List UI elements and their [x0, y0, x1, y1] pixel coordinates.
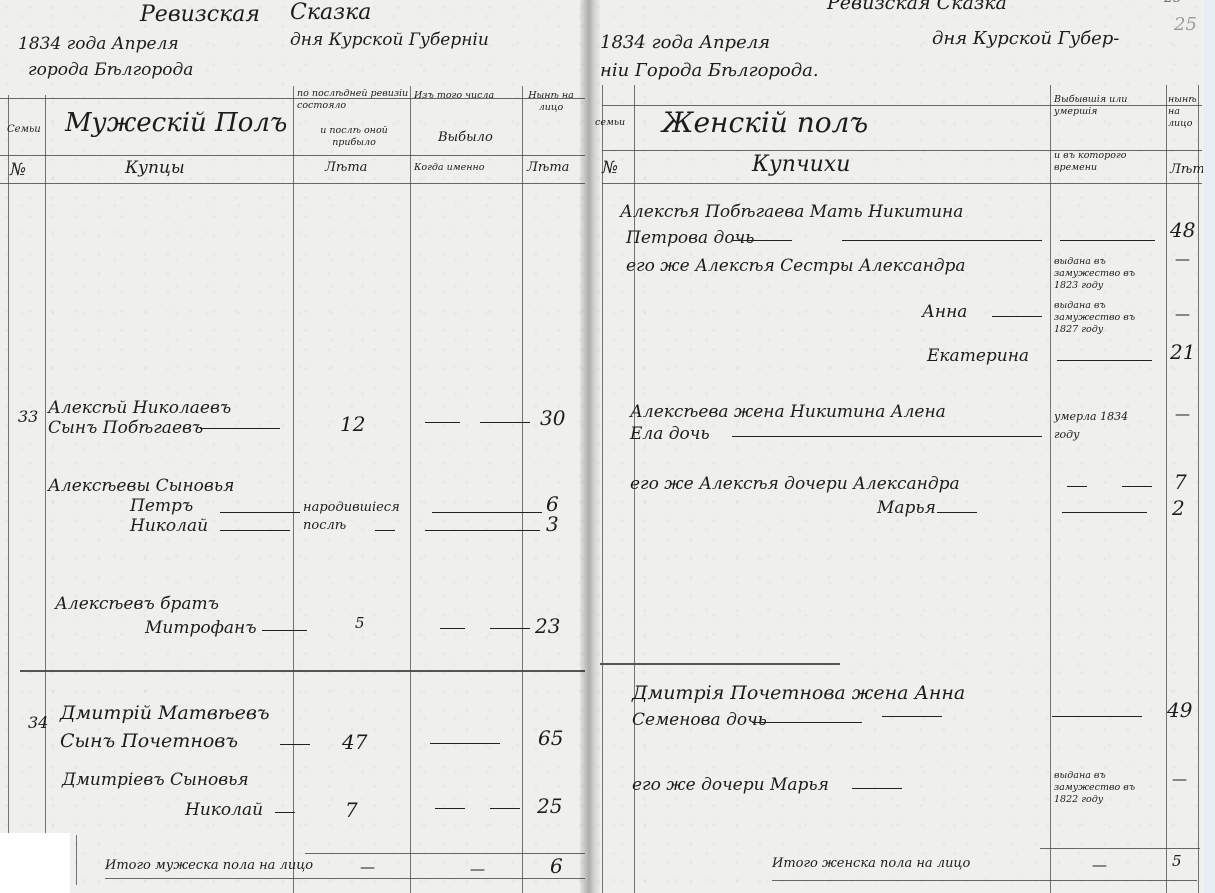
column-divider: [1166, 85, 1167, 893]
entry-name: Петрова дочь: [626, 228, 754, 248]
header-gubernia: дня Курской Губерніи: [290, 30, 489, 50]
totals-left: —: [1092, 856, 1107, 874]
now-age: 7: [1174, 470, 1187, 494]
entry-name: Алексѣевъ братъ: [55, 594, 219, 614]
col-header-prev-revision: по послѣдней ревизіи состояло: [297, 88, 409, 112]
entry-name: Митрофанъ: [145, 618, 257, 638]
totals-label: Итого женска пола на лицо: [772, 856, 970, 871]
col-sub-merchants-f: Купчихи: [752, 152, 850, 177]
entry-name: Дмитріевъ Сыновья: [62, 770, 249, 790]
now-age: 30: [540, 406, 565, 430]
left-page: Ревизская Сказка 1834 года Апреля дня Ку…: [0, 0, 592, 893]
totals-rule: [105, 878, 585, 879]
totals-now: 5: [1172, 852, 1182, 870]
header-date: 1834 года Апреля: [18, 34, 179, 54]
now-age: 65: [538, 726, 563, 750]
entry-name: Дмитрія Почетнова жена Анна: [632, 682, 965, 704]
now-age: —: [1175, 405, 1190, 423]
column-divider: [8, 95, 9, 835]
family-number: 34: [28, 713, 48, 732]
left-note: выдана въ замужество въ 1823 году: [1054, 256, 1154, 292]
now-age: 2: [1172, 496, 1185, 520]
totals-rule: [305, 853, 585, 854]
now-age: 23: [535, 614, 560, 638]
col-sub-merchants: Купцы: [125, 158, 185, 178]
header-title-a: Ревизская: [140, 2, 260, 27]
totals-left: —: [470, 860, 485, 878]
now-age: —: [1172, 770, 1187, 788]
entry-name: Алексѣевы Сыновья: [48, 476, 234, 496]
column-divider: [602, 85, 603, 893]
entry-name: Анна: [922, 302, 967, 322]
prev-age: 7: [345, 798, 358, 822]
now-age: 49: [1167, 698, 1192, 722]
header-rule: [602, 183, 1202, 184]
totals-rule: [1040, 848, 1200, 849]
now-age: 48: [1170, 218, 1195, 242]
header-title-b: Сказка: [290, 0, 371, 25]
entry-name: Алексѣева жена Никитина Алена: [630, 402, 946, 422]
left-note: выдана въ замужество въ 1822 году: [1054, 770, 1149, 806]
entry-name: Дмитрій Матвѣевъ: [60, 702, 270, 724]
entry-name: Сынъ Побѣгаевъ: [48, 418, 203, 438]
entry-name: Ела дочь: [630, 424, 710, 444]
column-divider: [1050, 85, 1051, 893]
page-number-faint: 25: [1174, 14, 1197, 35]
book-binding: [580, 0, 600, 893]
child-born-after: послѣ: [303, 518, 346, 533]
col-header-prev-revision-b: и послѣ оной прибыло: [300, 125, 408, 149]
child-name: Николай: [130, 516, 208, 536]
page-edge: [1203, 0, 1215, 893]
page-number: 25: [1164, 0, 1182, 6]
col-sub-family-no: №: [602, 158, 618, 178]
entry-name: Екатерина: [927, 346, 1029, 366]
col-header-left: Выбывшія или умершія: [1054, 94, 1164, 118]
col-header-male: Мужескій Полъ: [65, 108, 287, 138]
column-divider: [410, 86, 411, 893]
now-age: —: [1175, 250, 1190, 268]
now-age: 25: [537, 794, 562, 818]
now-age: 21: [1170, 340, 1195, 364]
col-sub-family-no: №: [10, 160, 26, 180]
col-header-now: нынѣ на лицо: [1168, 94, 1198, 130]
col-sub-years: Лѣта: [325, 160, 367, 175]
col-header-family: Семьи: [7, 124, 41, 135]
prev-age: 5: [355, 614, 365, 632]
col-sub-years: Лѣта: [527, 160, 569, 175]
col-header-female: Женскій полъ: [662, 106, 868, 139]
entry-name: Алексѣя Побѣгаева Мать Никитина: [620, 202, 963, 222]
child-name: Петръ: [130, 496, 193, 516]
col-header-left-b: Выбыло: [438, 130, 493, 145]
now-age: —: [1175, 305, 1190, 323]
child-born-after: народившіеся: [303, 500, 400, 515]
header-date: 1834 года Апреля: [600, 32, 770, 53]
column-divider: [1198, 85, 1199, 893]
col-header-left-b: и въ которого времени: [1054, 150, 1164, 174]
right-page: Ревизская Сказка 1834 года Апреля дня Ку…: [592, 0, 1202, 893]
column-divider: [522, 86, 523, 893]
col-sub-when: Когда именно: [414, 162, 484, 174]
totals-label: Итого мужеска пола на лицо: [105, 858, 313, 873]
header-city: ніи Города Бѣлгорода.: [600, 60, 819, 81]
blank-corner: [0, 833, 70, 893]
header-city: города Бѣлгорода: [28, 60, 193, 80]
entry-name: его же Алексѣя Сестры Александра: [626, 256, 966, 276]
totals-rule: [772, 880, 1197, 881]
col-header-left: Изъ того числа: [414, 90, 494, 102]
now-age: 3: [546, 512, 559, 536]
entry-name: Алексѣй Николаевъ: [48, 398, 231, 418]
entry-name: его же дочери Марья: [632, 775, 829, 795]
entry-name: Семенова дочь: [632, 710, 767, 730]
entry-name: Николай: [185, 800, 263, 820]
prev-age: 47: [342, 730, 367, 754]
totals-now: 6: [550, 854, 563, 878]
totals-prev: —: [360, 858, 375, 876]
entry-name: Сынъ Почетновъ: [60, 730, 238, 752]
entry-name: Марья: [877, 498, 936, 518]
family-separator: [600, 663, 840, 665]
prev-age: 12: [340, 412, 365, 436]
header-gubernia: дня Курской Губер-: [932, 28, 1119, 49]
col-header-now: Нынѣ на лицо: [526, 90, 576, 114]
left-note: выдана въ замужество въ 1827 году: [1054, 300, 1154, 336]
family-separator: [20, 670, 585, 672]
column-divider: [293, 86, 294, 893]
entry-name: его же Алексѣя дочери Александра: [630, 474, 960, 494]
running-title: Ревизская Сказка: [827, 0, 1007, 14]
family-number: 33: [18, 407, 38, 426]
left-note: умерла 1834 году: [1054, 408, 1154, 444]
column-divider: [76, 835, 77, 885]
